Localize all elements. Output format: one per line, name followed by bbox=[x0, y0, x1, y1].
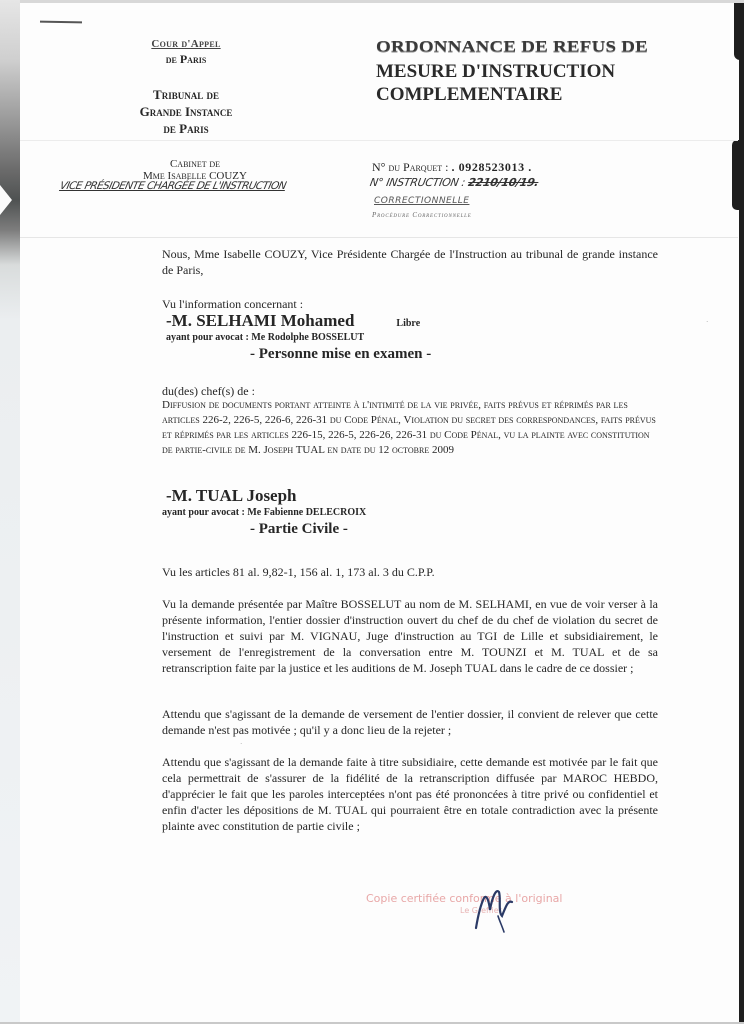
vu-information: Vu l'information concernant : bbox=[162, 296, 658, 312]
title-line: COMPLEMENTAIRE bbox=[376, 83, 706, 106]
instruction-label: N° INSTRUCTION : bbox=[369, 176, 470, 189]
party-name-tual: -M. TUAL Joseph bbox=[166, 486, 297, 506]
attendu-paragraph-1: Attendu que s'agissant de la demande de … bbox=[162, 706, 658, 738]
signature-icon bbox=[468, 876, 528, 936]
vice-president-title: VICE PRÉSIDENTE CHARGÉE DE L'INSTRUCTION bbox=[59, 180, 312, 192]
instruction-value: 2210/10/19. bbox=[467, 176, 539, 189]
party-lawyer: ayant pour avocat : Me Rodolphe BOSSELUT bbox=[166, 332, 364, 343]
cabinet-line: Cabinet de bbox=[110, 158, 280, 170]
party-lawyer: ayant pour avocat : Me Fabienne DELECROI… bbox=[162, 507, 366, 518]
party-name-text: -M. SELHAMI Mohamed bbox=[166, 311, 354, 330]
party-status: Libre bbox=[396, 318, 420, 329]
scan-speck: · bbox=[240, 740, 242, 748]
court-city: de Paris bbox=[96, 52, 276, 67]
court-of-appeal: Cour d'Appel bbox=[96, 38, 276, 50]
parquet-number: N° du Parquet : . 0928523013 . bbox=[372, 160, 532, 175]
paper-fold-line bbox=[20, 140, 738, 141]
procedure-type: Procédure Correctionnelle bbox=[372, 211, 472, 219]
intro-paragraph: Nous, Mme Isabelle COUZY, Vice Président… bbox=[162, 246, 658, 278]
attendu-paragraph-2: Attendu que s'agissant de la demande fai… bbox=[162, 754, 658, 834]
parquet-label: N° du Parquet : bbox=[372, 160, 451, 174]
title-line: ORDONNANCE DE REFUS DE bbox=[376, 38, 706, 57]
title-line: MESURE D'INSTRUCTION bbox=[376, 60, 706, 83]
tribunal-line: de Paris bbox=[96, 120, 276, 137]
document-title: ORDONNANCE DE REFUS DE MESURE D'INSTRUCT… bbox=[376, 38, 706, 106]
correctionnelle-stamp: CORRECTIONNELLE bbox=[374, 196, 469, 206]
scan-shadow-left bbox=[0, 0, 20, 1024]
scan-edge-top bbox=[20, 0, 744, 3]
tribunal-line: Grande Instance bbox=[96, 103, 276, 120]
certified-copy-stamp: Copie certifiée conforme à l'original bbox=[366, 892, 562, 905]
charges-label: du(des) chef(s) de : bbox=[162, 383, 658, 399]
scan-edge-blot bbox=[734, 0, 744, 60]
scan-edge-blot bbox=[732, 140, 744, 210]
scan-speck: · bbox=[706, 318, 708, 326]
tribunal-name: Tribunal de Grande Instance de Paris bbox=[96, 86, 276, 137]
party-name-text: -M. TUAL Joseph bbox=[166, 486, 297, 505]
articles-reference: Vu les articles 81 al. 9,82-1, 156 al. 1… bbox=[162, 564, 658, 580]
cabinet-block: Cabinet de Mme Isabelle COUZY bbox=[110, 158, 280, 182]
tribunal-line: Tribunal de bbox=[96, 86, 276, 103]
paper-fold-line bbox=[20, 237, 738, 238]
demande-paragraph: Vu la demande présentée par Maître BOSSE… bbox=[162, 596, 658, 676]
party-role: - Personne mise en examen - bbox=[250, 346, 431, 363]
party-role: - Partie Civile - bbox=[250, 521, 348, 538]
charges-text: Diffusion de documents portant atteinte … bbox=[162, 398, 658, 458]
instruction-number: N° INSTRUCTION : 2210/10/19. bbox=[369, 176, 540, 189]
court-header: Cour d'Appel de Paris Tribunal de Grande… bbox=[96, 38, 276, 137]
party-name-selhami: -M. SELHAMI MohamedLibre bbox=[166, 311, 420, 331]
parquet-value: . 0928523013 . bbox=[451, 160, 531, 174]
stray-mark bbox=[40, 21, 82, 24]
